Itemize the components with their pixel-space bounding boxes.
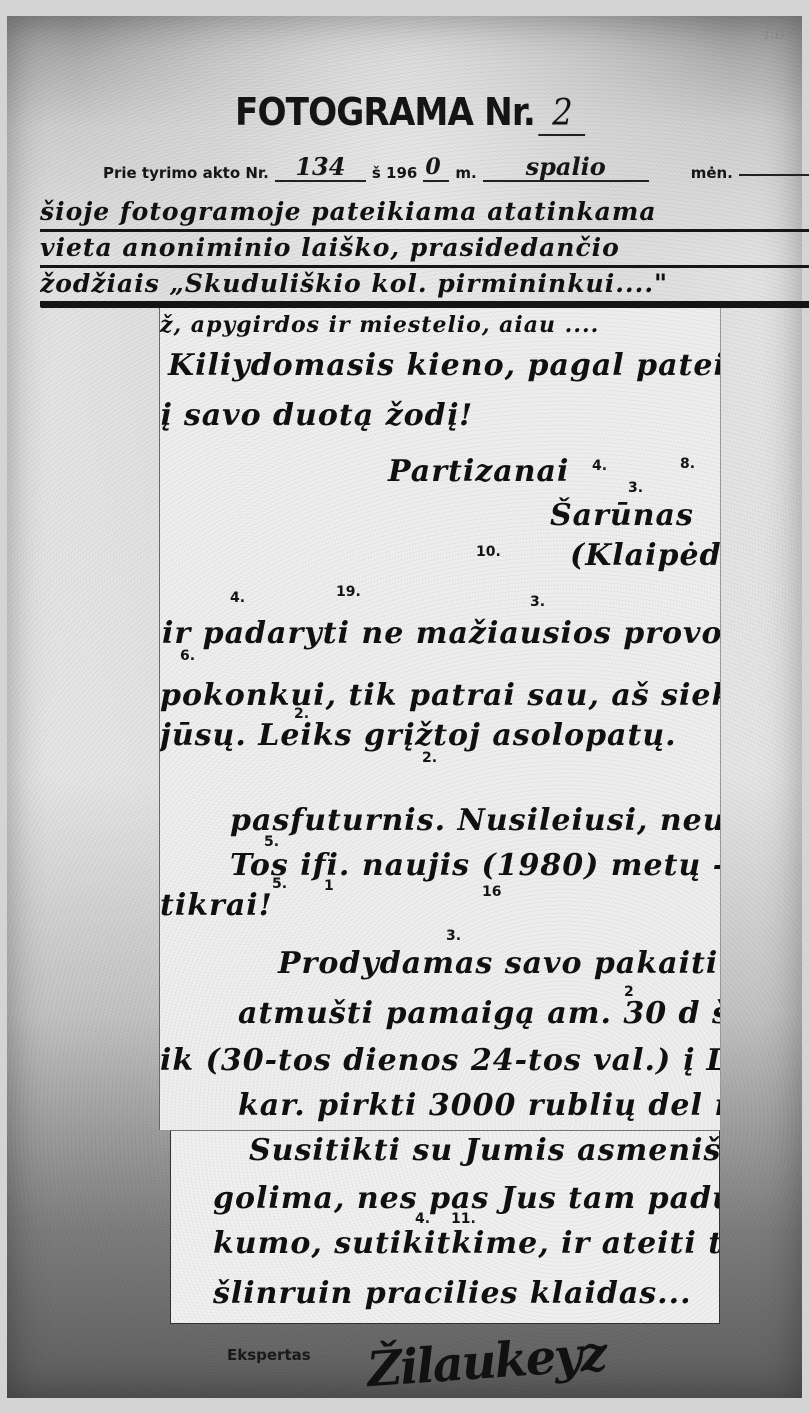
month-suffix: mėn. [691,164,733,182]
photogram-sheet: l.b. FOTOGRAMA Nr.2 Prie tyrimo akto Nr.… [7,16,802,1398]
expert-annotation-number: 3. [628,480,643,496]
expert-annotation-number: 10. [476,544,501,560]
act-prefix: Prie tyrimo akto Nr. [103,164,269,182]
act-line-rule [739,174,809,176]
expert-annotation-number: 19. [336,584,361,600]
handwritten-line: ž, apygirdos ir miestelio, aiau .... [160,312,599,338]
page-title: FOTOGRAMA Nr.2 [235,90,585,136]
description-line: vieta anoniminio laiško, prasidedančio [40,232,809,268]
corner-pencil-mark: l.b. [764,24,790,43]
expert-annotation-number: 2 [624,984,634,1000]
expert-annotation-number: 2. [294,706,309,722]
expert-annotation-number: 2. [422,750,437,766]
handwritten-line: atmušti pamaigą am. 30 d šio mėn [238,996,721,1031]
handwritten-line: kar. pirkti 3000 rublių del manęs [238,1088,721,1123]
handwritten-line: Tos ifi. naujis (1980) metų - tikrai [230,848,721,883]
expert-annotation-number: 5. [264,834,279,850]
handwritten-line: ik (30-tos dienos 24-tos val.) į Laukai [160,1043,721,1078]
handwritten-line: pokonkui, tik patrai sau, aš sieki [160,678,721,713]
expert-annotation-number: 4. [415,1211,430,1227]
letter-continuation: Susitikti su Jumis asmenišgolima, nes pa… [170,1130,720,1324]
year-suffix: m. [455,164,476,182]
description-line: šioje fotogramoje pateikiama atatinkama [40,196,809,232]
handwritten-line: (Klaipėdis) [570,538,721,573]
handwritten-line: pasfuturnis. Nusileiusi, neughdyni, [230,803,721,838]
expert-annotation-number: 6. [180,648,195,664]
title-label: FOTOGRAMA Nr. [235,90,535,134]
handwritten-line: tikrai! [160,888,273,923]
expert-annotation-number: 3. [446,928,461,944]
expert-annotation-number: 1 [324,878,334,894]
handwritten-line: ir padaryti ne mažiausios provokacijos [162,616,721,651]
expert-annotation-number: 5. [272,876,287,892]
handwritten-line: Prodydamas savo pakaitimą gi [278,946,721,981]
handwritten-line: jūsų. Leiks grįžtoj asolopatų. [160,718,677,753]
expert-label: Ekspertas [227,1346,311,1364]
handwritten-line: Šarūnas [550,498,694,533]
month-field: spalio [483,154,649,182]
act-reference-line: Prie tyrimo akto Nr. 134 š 196 0 m. spal… [103,154,809,182]
expert-annotation-number: 11. [451,1211,476,1227]
expert-annotation-number: 4. [592,458,607,474]
handwritten-line: šlinruin pracilies klaidas... [213,1276,692,1311]
expert-signature: Žilaukeyz [365,1326,607,1398]
expert-annotation-number: 16 [482,884,501,900]
description-block: šioje fotogramoje pateikiama atatinkama … [40,196,809,304]
title-number: 2 [539,93,586,136]
handwritten-line: kumo, sutikitkime, ir ateiti tik, [213,1226,720,1261]
handwritten-line: į savo duotą žodį! [160,398,473,433]
handwritten-line: Kiliydomasis kieno, pagal pateismą [168,348,721,383]
year-digit-field: 0 [423,154,449,182]
expert-annotation-number: 3. [530,594,545,610]
act-number-field: 134 [275,154,366,182]
act-from-label: š 196 [372,164,417,182]
handwritten-line: Partizanai [388,454,569,489]
expert-annotation-number: 8. [680,456,695,472]
letter-fragment: ž, apygirdos ir miestelio, aiau ....Kili… [159,308,721,1130]
expert-annotation-number: 4. [230,590,245,606]
handwritten-line: Susitikti su Jumis asmeniš [249,1133,720,1168]
description-line: žodžiais „Skuduliškio kol. pirmininkui..… [40,268,809,304]
